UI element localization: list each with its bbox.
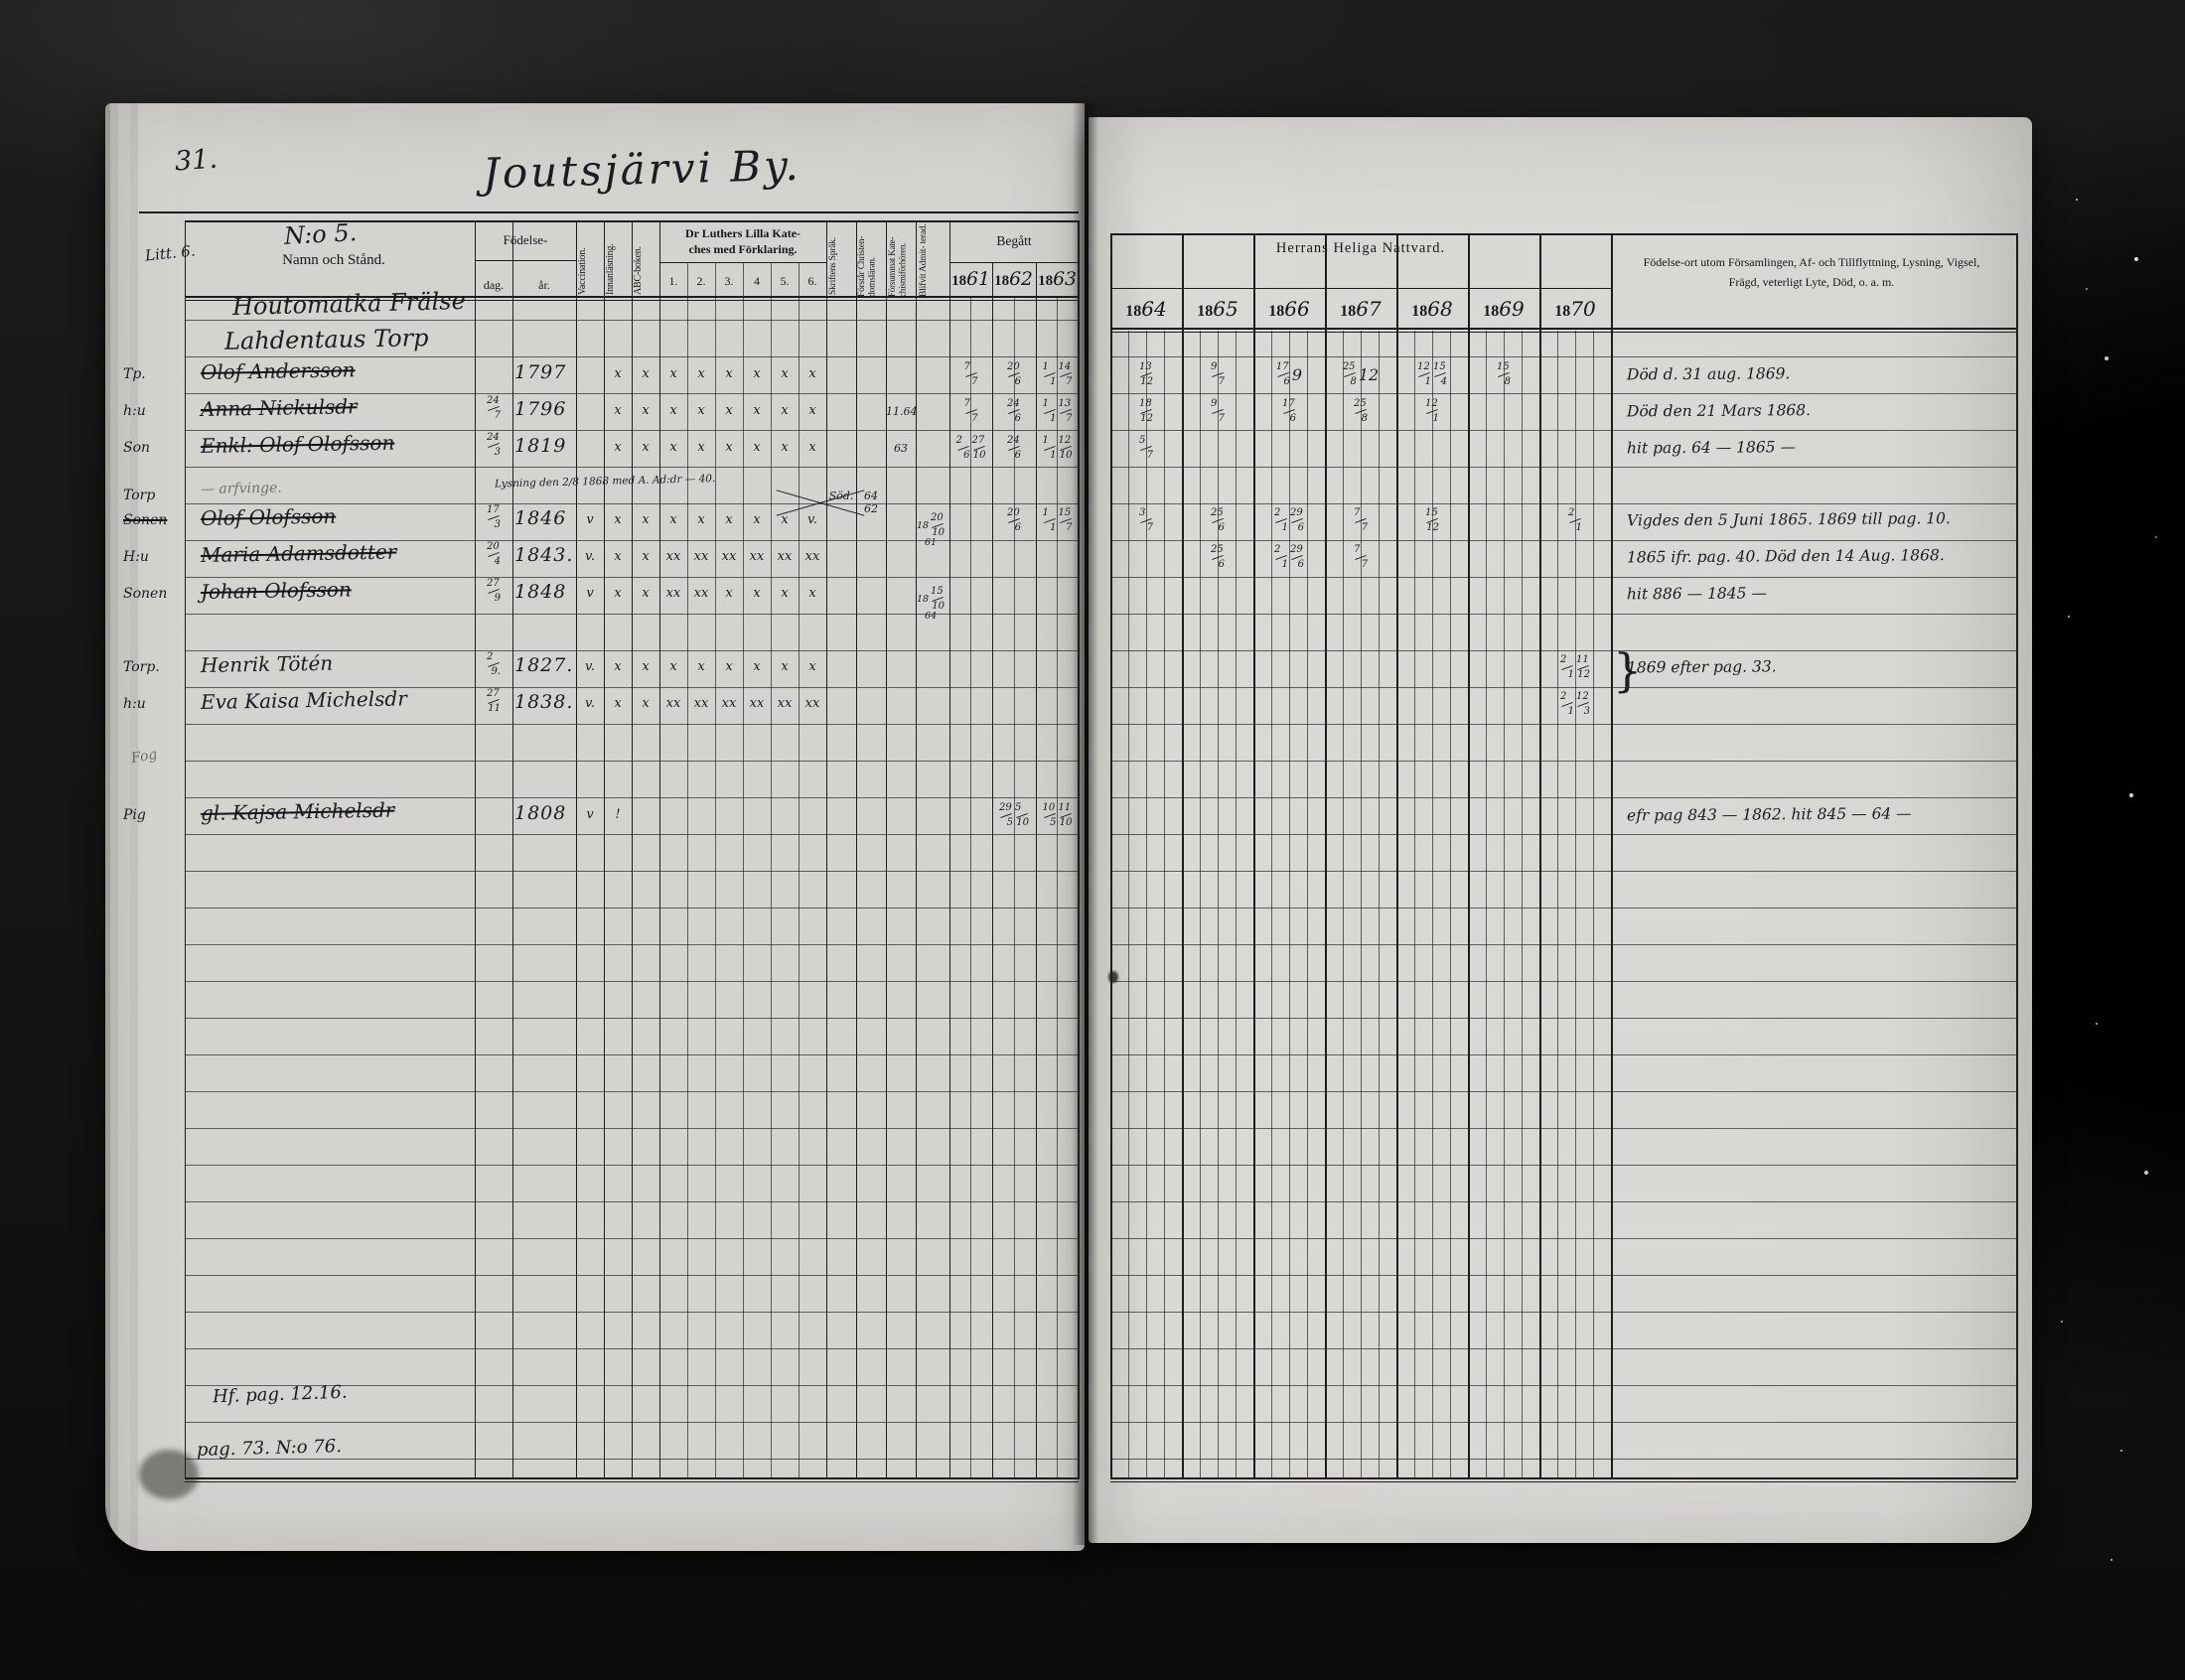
- examination-mark: v.: [576, 549, 604, 564]
- examination-mark: x: [743, 366, 771, 381]
- grid-line-v: [1450, 331, 1451, 1479]
- examination-mark: v: [576, 512, 604, 527]
- examination-mark: x: [687, 403, 715, 418]
- nattvard-header: Herrans Heliga Nattvard.: [1110, 240, 1611, 257]
- examination-mark: v: [576, 586, 604, 601]
- katekes-subcolumn-label: 2.: [687, 274, 715, 289]
- grid-line-v: [185, 220, 186, 1479]
- date-fraction: 157: [1059, 509, 1073, 532]
- grid-line-v: [1504, 331, 1505, 1479]
- examination-mark: v.: [576, 696, 604, 711]
- year-printed: 18: [1125, 303, 1141, 320]
- grid-line-h: [1110, 328, 2016, 330]
- examination-mark: x: [632, 366, 659, 381]
- year-printed: 18: [1038, 273, 1053, 289]
- grid-line-v: [2016, 233, 2018, 1479]
- grid-line-v: [1289, 331, 1290, 1479]
- grid-line-v: [687, 262, 688, 1479]
- examination-mark: x: [632, 549, 659, 564]
- table-row: Tp. Olof Andersson 1797 Död d. 31 aug. 1…: [0, 359, 2185, 395]
- year-printed: 18: [1268, 303, 1284, 320]
- grid-line-v: [1128, 331, 1129, 1479]
- table-row: Son Enkl: Olof Olofsson 243 1819 63 hit …: [0, 433, 2185, 469]
- date-fraction: 2711: [487, 690, 501, 713]
- examination-mark: x: [799, 659, 826, 674]
- date-token: 9: [1292, 365, 1302, 384]
- examination-mark: xx: [659, 586, 687, 601]
- year-printed: 18: [994, 273, 1009, 289]
- date-fraction: 296: [1290, 546, 1304, 569]
- examination-mark: xx: [659, 549, 687, 564]
- vaccination-header: Vaccination.: [578, 223, 604, 295]
- year-handwritten: 70: [1570, 297, 1595, 321]
- grid-line-h: [1110, 288, 1611, 289]
- examination-mark: x: [771, 586, 799, 601]
- examination-mark: v.: [576, 659, 604, 674]
- year-header: 1864: [1110, 297, 1182, 321]
- grid-line-v: [715, 262, 716, 1479]
- grid-line-v: [659, 220, 660, 1479]
- date-fraction: 11: [1043, 509, 1057, 532]
- examination-mark: x: [799, 403, 826, 418]
- examination-mark: xx: [687, 586, 715, 601]
- date-fraction: 21: [1560, 693, 1574, 716]
- table-row: Sonen Johan Olofsson 279 1848 18151064 h…: [0, 579, 2185, 615]
- date-fraction: 296: [1290, 509, 1304, 532]
- grid-line-h: [949, 262, 1079, 263]
- skriftens-sprak-header: Skriftens Språk.: [828, 223, 854, 295]
- grid-line-v: [1611, 233, 1613, 1479]
- grid-line-v: [1379, 331, 1380, 1479]
- forsummat-value: 63: [886, 442, 916, 455]
- katekes-subcolumn-label: 3.: [715, 274, 743, 289]
- grid-line-v: [1110, 233, 1112, 1479]
- grid-line-v: [1253, 233, 1255, 1479]
- examination-mark: x: [743, 403, 771, 418]
- person-name: Olof Olofsson: [201, 501, 483, 530]
- table-row: Sonen Olof Olofsson 173 1846 18201061 Vi…: [0, 505, 2185, 541]
- examination-mark: x: [604, 403, 632, 418]
- table-row: Torp. Henrik Tötén 29. 1827. 1869 efter …: [0, 652, 2185, 688]
- examination-mark: x: [799, 366, 826, 381]
- date-fraction: 11: [1043, 437, 1057, 460]
- birth-year-header: år.: [512, 278, 576, 293]
- birth-year-value: 1808: [514, 802, 576, 824]
- examination-mark: x: [715, 440, 743, 455]
- birth-day-value: 2711: [475, 690, 512, 713]
- date-fraction: 147: [1059, 363, 1073, 386]
- remark-note: Vigdes den 5 Juni 1865. 1869 till pag. 1…: [1627, 509, 2020, 530]
- scanned-register-spread: 31. Joutsjärvi By. Litt. 6. N:o 5. Namn …: [0, 0, 2185, 1680]
- examination-mark: x: [659, 440, 687, 455]
- examination-mark: xx: [743, 696, 771, 711]
- date-fraction: 1110: [1059, 804, 1073, 827]
- blifvit-admitterad-header: Blifvit Admit- terad.: [919, 223, 947, 297]
- examination-mark: v.: [799, 512, 826, 527]
- table-row: h:u Eva Kaisa Michelsdr 2711 1838. v.xxx…: [0, 689, 2185, 725]
- grid-line-v: [1014, 298, 1015, 1479]
- row-margin-label: Torp.: [123, 659, 193, 675]
- grid-line-v: [916, 220, 917, 1479]
- birth-year-value: 1838.: [514, 691, 576, 713]
- row-margin-label: Torp: [123, 488, 193, 503]
- row-margin-label: h:u: [123, 403, 193, 419]
- date-fraction: 154: [1433, 363, 1447, 386]
- person-name: Johan Olofsson: [201, 575, 483, 604]
- birth-day-header: dag.: [475, 278, 512, 293]
- katekes-subcolumn-label: 5.: [771, 274, 799, 289]
- year-handwritten: 63: [1053, 269, 1077, 290]
- grid-line-v: [1557, 331, 1558, 1479]
- examination-mark: x: [604, 366, 632, 381]
- date-fraction: 121: [1417, 363, 1431, 386]
- skrift-value: Söd.: [826, 490, 856, 502]
- examination-mark: x: [743, 586, 771, 601]
- grid-line-v: [1396, 233, 1398, 1479]
- forsummat-katechismiforhoren-header: Försummat Kate- chismiförhören.: [887, 223, 915, 297]
- date-fraction: 243: [487, 434, 501, 457]
- grid-line-v: [1522, 331, 1523, 1479]
- grid-line-h: [185, 1481, 1079, 1482]
- grid-line-h: [1110, 332, 2016, 333]
- grid-line-h: [1110, 1477, 2016, 1479]
- grid-line-v: [512, 220, 513, 1479]
- year-header: 1862: [992, 269, 1035, 290]
- examination-mark: x: [632, 659, 659, 674]
- date-fraction: 21: [1274, 546, 1288, 569]
- birth-year-value: 1797: [514, 361, 576, 383]
- grid-line-v: [1200, 331, 1201, 1479]
- grid-line-v: [1271, 331, 1272, 1479]
- date-fraction: 1210: [1059, 437, 1073, 460]
- date-fraction: 26: [956, 437, 970, 460]
- birth-header: Födelse-: [475, 232, 576, 248]
- examination-mark: x: [715, 512, 743, 527]
- examination-mark: v: [576, 807, 604, 822]
- birth-day-value: 173: [475, 506, 512, 529]
- grid-line-v: [886, 220, 887, 1479]
- grid-line-h: [1110, 233, 2016, 235]
- remark-note: 1869 efter pag. 33.: [1627, 656, 2020, 677]
- examination-mark: x: [715, 366, 743, 381]
- examination-mark: !: [604, 807, 632, 822]
- year-printed: 18: [951, 273, 966, 289]
- date-fraction: 11: [1043, 363, 1057, 386]
- date-fraction: 173: [487, 506, 501, 529]
- katekes-subcolumn-label: 4: [743, 274, 771, 289]
- date-fraction: 137: [1059, 400, 1073, 423]
- grid-line-h: [185, 1477, 1079, 1479]
- row-margin-label: Sonen: [123, 512, 193, 528]
- estate-line-2: Lahdentaus Torp: [224, 324, 429, 355]
- grid-line-h: [185, 300, 1079, 301]
- date-token: 18: [917, 520, 929, 531]
- date-fraction: 295: [999, 804, 1013, 827]
- grid-line-v: [949, 220, 950, 1479]
- year-printed: 18: [1411, 303, 1427, 320]
- row-margin-label: Sonen: [123, 586, 193, 602]
- grid-line-v: [826, 220, 827, 1479]
- remark-note: [1627, 693, 2020, 696]
- year-handwritten: 64: [1141, 297, 1166, 321]
- birth-year-value: 1796: [514, 398, 576, 420]
- examination-mark: x: [632, 586, 659, 601]
- date-token: 64: [925, 611, 937, 622]
- date-fraction: 510: [1015, 804, 1029, 827]
- examination-mark: xx: [771, 696, 799, 711]
- grid-line-h: [1110, 1481, 2016, 1482]
- birth-year-value: 1848: [514, 581, 576, 603]
- date-fraction: 21: [1560, 656, 1574, 679]
- name-column-header: Namn och Stånd.: [195, 252, 473, 269]
- table-row: Pig gl. Kajsa Michelsdr 1808 efr pag 843…: [0, 800, 2185, 836]
- grid-line-v: [970, 298, 971, 1479]
- innanlasning-header: Innanläsning.: [606, 223, 632, 295]
- grid-line-v: [1218, 331, 1219, 1479]
- row-margin-label: h:u: [123, 696, 193, 712]
- examination-mark: xx: [743, 549, 771, 564]
- row-margin-label: Pig: [123, 807, 193, 823]
- birth-year-value: 1843.: [514, 544, 576, 566]
- grid-line-v: [856, 220, 857, 1479]
- grid-line-v: [1539, 233, 1541, 1479]
- grid-line-v: [1325, 233, 1327, 1479]
- year-printed: 18: [1483, 303, 1499, 320]
- examination-mark: x: [604, 512, 632, 527]
- examination-mark: x: [715, 586, 743, 601]
- year-handwritten: 62: [1009, 269, 1033, 290]
- examination-mark: x: [659, 403, 687, 418]
- person-name: Maria Adamsdotter: [201, 538, 483, 567]
- date-fraction: 204: [487, 543, 501, 566]
- remark-note: Död d. 31 aug. 1869.: [1627, 363, 2020, 384]
- examination-mark: xx: [799, 549, 826, 564]
- grid-line-v: [799, 262, 800, 1479]
- grid-line-v: [1468, 233, 1470, 1479]
- birth-year-value: 1819: [514, 435, 576, 457]
- grid-line-v: [1078, 220, 1080, 1479]
- year-handwritten: 69: [1499, 297, 1524, 321]
- year-handwritten: 66: [1284, 297, 1309, 321]
- examination-mark: x: [659, 366, 687, 381]
- remark-note: hit pag. 64 — 1865 —: [1627, 437, 2020, 458]
- year-header: 1865: [1182, 297, 1253, 321]
- grid-line-h: [185, 220, 1079, 222]
- katekes-header-line1: Dr Luthers Lilla Kate-: [659, 226, 826, 241]
- grid-line-v: [632, 220, 633, 1479]
- examination-mark: x: [687, 440, 715, 455]
- year-handwritten: 67: [1356, 297, 1381, 321]
- examination-mark: x: [604, 440, 632, 455]
- household-number: N:o 5.: [283, 218, 358, 250]
- grid-line-h: [139, 211, 1079, 213]
- examination-mark: x: [771, 440, 799, 455]
- examination-mark: x: [799, 586, 826, 601]
- row-margin-label: Tp.: [123, 366, 193, 382]
- year-handwritten: 61: [966, 269, 990, 290]
- grid-line-h: [475, 260, 576, 261]
- birth-year-value: 1827.: [514, 654, 576, 676]
- examination-mark: x: [715, 659, 743, 674]
- person-name: Enkl: Olof Olofsson: [201, 429, 483, 458]
- examination-mark: x: [632, 512, 659, 527]
- examination-mark: x: [604, 659, 632, 674]
- grid-line-h: [185, 296, 1079, 298]
- row-margin-label: Son: [123, 440, 193, 456]
- examination-mark: x: [604, 586, 632, 601]
- person-name: — arfvinge.: [201, 477, 483, 497]
- date-fraction: 247: [487, 397, 501, 420]
- examination-mark: x: [659, 659, 687, 674]
- grid-line-v: [992, 262, 993, 1479]
- person-name: Eva Kaisa Michelsdr: [201, 685, 483, 714]
- examination-mark: x: [743, 512, 771, 527]
- grid-line-v: [1236, 331, 1237, 1479]
- examination-mark: x: [771, 366, 799, 381]
- examination-mark: xx: [715, 696, 743, 711]
- remark-note: hit 886 — 1845 —: [1627, 583, 2020, 604]
- examination-mark: xx: [771, 549, 799, 564]
- grid-line-v: [1307, 331, 1308, 1479]
- grid-line-v: [771, 262, 772, 1479]
- grid-line-v: [576, 220, 577, 1479]
- date-fraction: 1510: [931, 588, 945, 611]
- grid-line-v: [1361, 331, 1362, 1479]
- examination-mark: xx: [687, 696, 715, 711]
- birth-day-value: 279: [475, 580, 512, 603]
- date-fraction: 176: [1276, 363, 1290, 386]
- examination-mark: xx: [799, 696, 826, 711]
- examination-mark: x: [799, 440, 826, 455]
- grid-line-v: [1593, 331, 1594, 1479]
- table-row: h:u Anna Nickulsdr 247 1796 11.64 Död de…: [0, 396, 2185, 432]
- examination-mark: xx: [687, 549, 715, 564]
- year-header: 1866: [1253, 297, 1325, 321]
- year-header: 1870: [1539, 297, 1611, 321]
- year-printed: 18: [1340, 303, 1356, 320]
- katekes-subcolumn-label: 6.: [799, 274, 826, 289]
- examination-mark: x: [604, 696, 632, 711]
- grid-line-v: [604, 220, 605, 1479]
- birth-day-value: 247: [475, 397, 512, 420]
- date-fraction: 1112: [1576, 656, 1590, 679]
- examination-mark: xx: [659, 696, 687, 711]
- katekes-header-line2: ches med Förklaring.: [659, 242, 826, 257]
- grid-line-v: [475, 220, 476, 1479]
- grid-line-v: [1575, 331, 1576, 1479]
- examination-mark: x: [771, 512, 799, 527]
- year-handwritten: 68: [1427, 297, 1452, 321]
- examination-mark: x: [632, 403, 659, 418]
- year-header: 1861: [949, 269, 992, 290]
- grid-line-v: [1164, 331, 1165, 1479]
- remark-note: 1865 ifr. pag. 40. Död den 14 Aug. 1868.: [1627, 546, 2020, 567]
- person-name: Olof Andersson: [201, 355, 483, 384]
- row-margin-label: H:u: [123, 549, 193, 565]
- remark-note: [1627, 485, 2020, 488]
- forsummat-value: 11.64: [886, 405, 916, 418]
- examination-mark: x: [687, 659, 715, 674]
- table-row: H:u Maria Adamsdotter 204 1843. 1865 ifr…: [0, 542, 2185, 578]
- year-header: 1868: [1396, 297, 1468, 321]
- examination-mark: x: [687, 366, 715, 381]
- examination-mark: xx: [715, 549, 743, 564]
- birth-day-value: 29.: [475, 653, 512, 676]
- date-fraction: 29.: [487, 653, 501, 676]
- begatt-header: Begått: [949, 233, 1079, 249]
- katekes-subcolumn-label: 1.: [659, 274, 687, 289]
- date-fraction: 2010: [931, 514, 945, 537]
- grid-line-v: [1486, 331, 1487, 1479]
- grid-line-v: [1182, 233, 1184, 1479]
- film-speckles: [2076, 199, 2078, 201]
- birth-day-value: 243: [475, 434, 512, 457]
- grid-line-v: [743, 262, 744, 1479]
- date-fraction: 2710: [972, 437, 986, 460]
- date-fraction: 11: [1043, 400, 1057, 423]
- village-title: Joutsjärvi By.: [482, 141, 801, 198]
- birth-year-value: 1846: [514, 507, 576, 529]
- examination-mark: x: [687, 512, 715, 527]
- examination-mark: x: [743, 659, 771, 674]
- grid-line-h: [659, 262, 826, 263]
- year-header: 1863: [1036, 269, 1079, 290]
- date-fraction: 105: [1043, 804, 1057, 827]
- year-handwritten: 65: [1213, 297, 1238, 321]
- notes-column-header: Födelse-ort utom Församlingen, Af- och T…: [1639, 252, 1984, 292]
- examination-mark: x: [715, 403, 743, 418]
- year-printed: 18: [1197, 303, 1213, 320]
- birth-day-value: 204: [475, 543, 512, 566]
- abc-boken-header: ABC-boken.: [634, 223, 659, 295]
- examination-mark: x: [632, 440, 659, 455]
- examination-mark: x: [771, 659, 799, 674]
- date-fraction: 258: [1343, 363, 1357, 386]
- date-token: 18: [917, 594, 929, 605]
- grid-line-v: [1432, 331, 1433, 1479]
- remark-note: Död den 21 Mars 1868.: [1627, 400, 2020, 421]
- forstar-christendomslaran-header: Förstår Christen- domsläran.: [857, 223, 885, 297]
- examination-mark: x: [771, 403, 799, 418]
- examination-mark: x: [659, 512, 687, 527]
- grid-line-v: [1414, 331, 1415, 1479]
- page-number: 31.: [174, 144, 218, 178]
- grid-line-v: [1057, 298, 1058, 1479]
- year-header: 1867: [1325, 297, 1396, 321]
- person-name: gl. Kajsa Michelsdr: [201, 796, 483, 825]
- grid-line-v: [1343, 331, 1344, 1479]
- examination-mark: x: [743, 440, 771, 455]
- date-fraction: 123: [1576, 693, 1590, 716]
- date-fraction: 279: [487, 580, 501, 603]
- remark-note: efr pag 843 — 1862. hit 845 — 64 —: [1627, 804, 2020, 825]
- examination-mark: x: [632, 696, 659, 711]
- person-name: Henrik Tötén: [201, 648, 483, 677]
- bottom-note-2: pag. 73. N:o 76.: [197, 1436, 342, 1461]
- grid-line-v: [1036, 262, 1037, 1479]
- year-header: 1869: [1468, 297, 1539, 321]
- year-printed: 18: [1554, 303, 1570, 320]
- person-name: Anna Nickulsdr: [201, 392, 483, 421]
- date-fraction: 21: [1274, 509, 1288, 532]
- grid-line-v: [1146, 331, 1147, 1479]
- examination-mark: x: [604, 549, 632, 564]
